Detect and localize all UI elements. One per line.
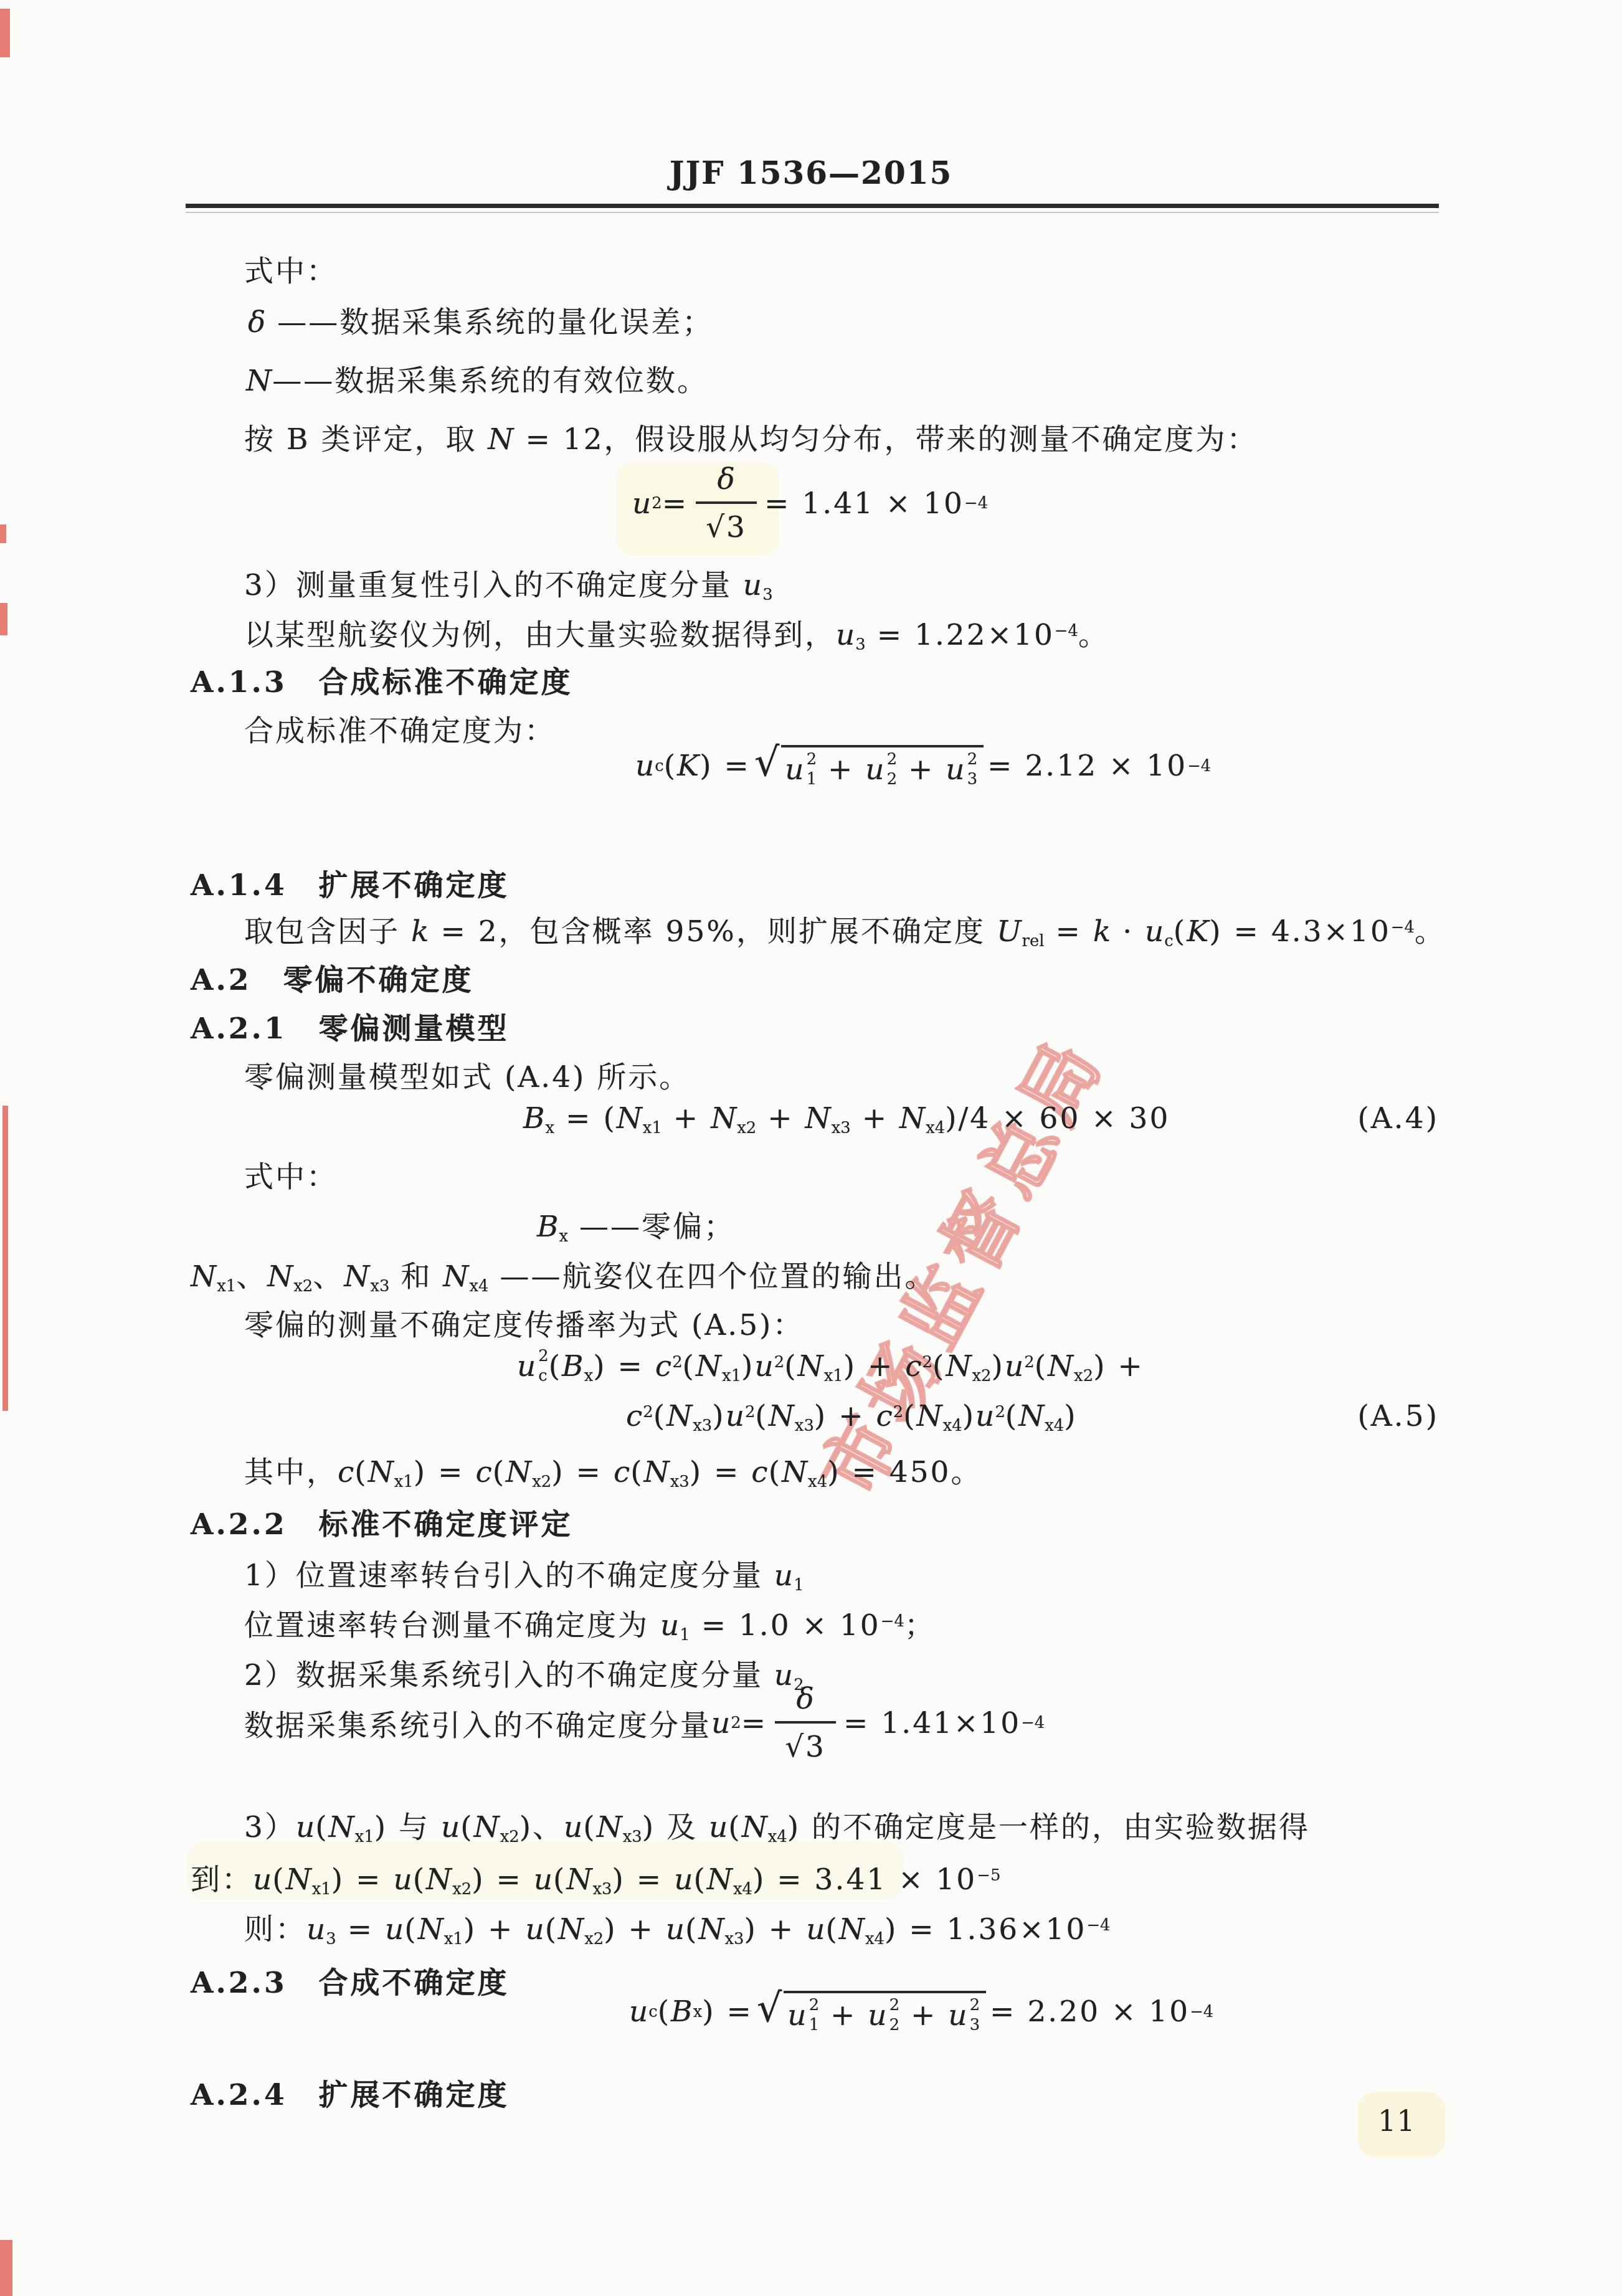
formula-u2-display: u2 = δ√3 = 1.41 × 10−4 [632, 462, 988, 544]
section-heading-a24: A.2.4 扩展不确定度 [191, 2072, 510, 2113]
page-header: JJF 1536—2015 [0, 154, 1622, 191]
formula-uc2-line2: c2(Nx3)u2(Nx3) + c2(Nx4)u2(Nx4) [626, 1399, 1078, 1433]
body-line: 则：u3 = u(Nx1) + u(Nx2) + u(Nx3) + u(Nx4)… [244, 1906, 1111, 1948]
body-line: 零偏的测量不确定度传播率为式 (A.5)： [244, 1302, 804, 1344]
scan-artifact [0, 2240, 12, 2296]
formula-ucK: uc(K) = √u21 + u22 + u23 = 2.12 × 10−4 [635, 745, 1211, 787]
document-page: 市场监督总局 JJF 1536—2015 式中： δ ——数据采集系统的量化误差… [0, 0, 1622, 2296]
equation-tag-a5: (A.5) [1358, 1399, 1439, 1433]
section-heading-a2: A.2 零偏不确定度 [191, 957, 474, 999]
formula-daq-u2: 数据采集系统引入的不确定度分量 u2 = δ√3 = 1.41×10−4 [244, 1682, 1045, 1764]
section-heading-a13: A.1.3 合成标准不确定度 [191, 659, 573, 701]
formula-uc2-line1: u2c(Bx) = c2(Nx1)u2(Nx1) + c2(Nx2)u2(Nx2… [517, 1349, 1144, 1383]
body-line: 合成标准不确定度为： [244, 708, 556, 749]
section-heading-a23: A.2.3 合成不确定度 [191, 1960, 510, 2001]
body-line: δ ——数据采集系统的量化误差； [248, 299, 713, 341]
page-number: 11 [1378, 2104, 1416, 2138]
equation-tag-a4: (A.4) [1358, 1101, 1439, 1136]
scan-artifact [0, 524, 6, 543]
body-line: 3）测量重复性引入的不确定度分量 u3 [244, 562, 773, 604]
section-heading-a21: A.2.1 零偏测量模型 [191, 1005, 510, 1047]
scan-artifact [2, 1106, 8, 1411]
section-heading-a22: A.2.2 标准不确定度评定 [191, 1501, 573, 1543]
body-line: N——数据采集系统的有效位数。 [246, 358, 708, 399]
body-line: 式中： [244, 1154, 338, 1195]
header-rule [186, 204, 1439, 208]
body-line: 式中： [244, 248, 338, 290]
formula-ucBx: uc(Bx) = √u21 + u22 + u23 = 2.20 × 10−4 [629, 1991, 1213, 2033]
formula-bx-model: Bx = (Nx1 + Nx2 + Nx3 + Nx4)/4 × 60 × 30 [523, 1101, 1170, 1136]
body-line: 位置速率转台测量不确定度为 u1 = 1.0 × 10−4； [244, 1602, 936, 1644]
body-line: 取包含因子 k = 2，包含概率 95%，则扩展不确定度 Urel = k · … [244, 908, 1446, 950]
body-line: 零偏测量模型如式 (A.4) 所示。 [244, 1054, 690, 1096]
body-line: Bx ——零偏； [537, 1203, 735, 1245]
body-line: 到：u(Nx1) = u(Nx2) = u(Nx3) = u(Nx4) = 3.… [191, 1856, 1000, 1898]
body-line: 1）位置速率转台引入的不确定度分量 u1 [244, 1552, 804, 1594]
header-rule-shadow [186, 212, 1439, 213]
body-line: 3）u(Nx1) 与 u(Nx2)、u(Nx3) 及 u(Nx4) 的不确定度是… [244, 1804, 1310, 1846]
section-heading-a14: A.1.4 扩展不确定度 [191, 862, 510, 904]
scan-artifact [0, 603, 7, 635]
scan-artifact [0, 9, 10, 57]
body-line: 其中，c(Nx1) = c(Nx2) = c(Nx3) = c(Nx4) = 4… [244, 1449, 982, 1491]
body-line: Nx1、Nx2、Nx3 和 Nx4 ——航姿仪在四个位置的输出。 [191, 1253, 936, 1295]
body-line: 按 B 类评定，取 N = 12，假设服从均匀分布，带来的测量不确定度为： [244, 416, 1258, 458]
body-line: 以某型航姿仪为例，由大量实验数据得到，u3 = 1.22×10−4。 [244, 612, 1109, 653]
